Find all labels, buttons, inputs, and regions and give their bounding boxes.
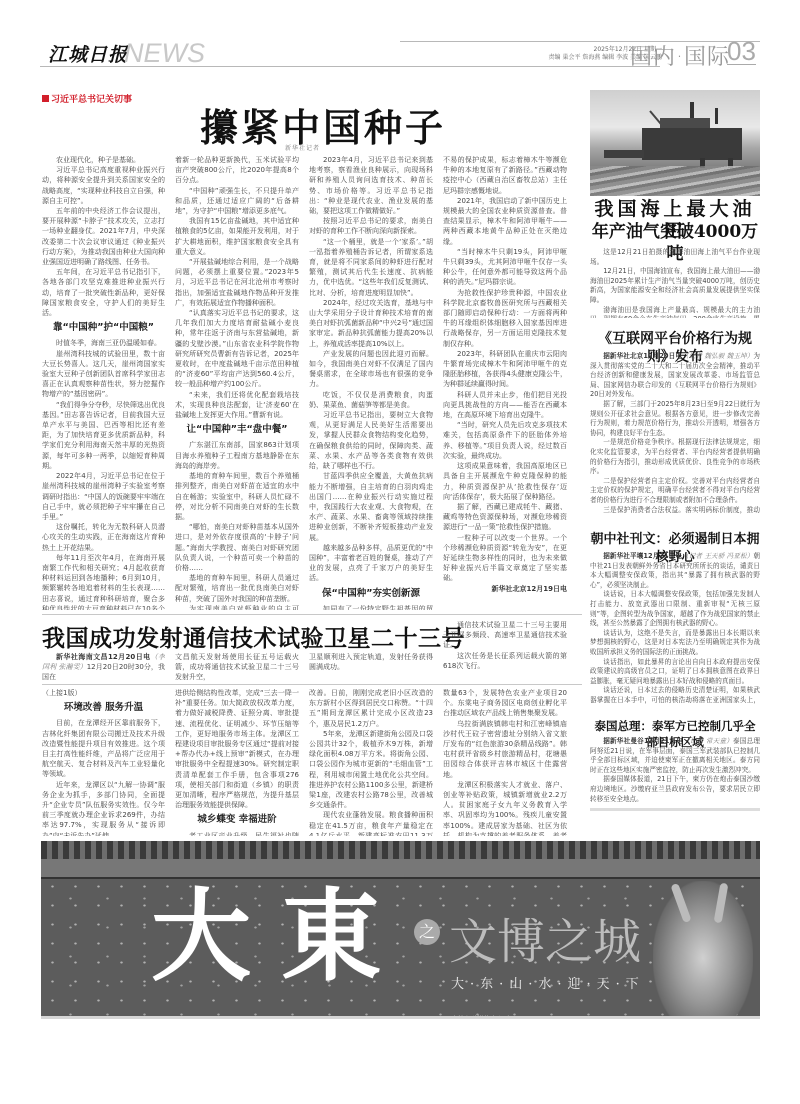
paragraph: 一粒种子可以改变一个世界。一个个珍稀濒危种质资源“转危为安”，在更好延续生物多样… <box>443 533 567 584</box>
thai-story-body: 据新华社曼谷12月21日电（记者 常天童）泰国总理阿努廷21日说，在军事层面，泰… <box>590 737 760 803</box>
paragraph: 这份嘱托，转化为无数科研人员潜心攻关的生动实践，正在海南这片育种热土上开花结果。 <box>42 522 165 553</box>
paragraph: 改善。日前，刚刚完成老旧小区改造的东方新村小区得到居民交口称赞。“十四五”期间龙… <box>309 688 433 729</box>
paragraph: 科研人员并未止步，他们把目光投向更具挑战性的方向——能否在西藏本地，在高原环境下… <box>443 390 567 421</box>
subheading: 靠“中国种”护“中国粮” <box>42 323 165 333</box>
paragraph: 如同有了一份特定野生祖基因的留存，人类才能成功创制出超级杂交稻，很多种质资源蕴藏… <box>309 604 433 610</box>
paragraph: 这项成果意味着，我国高原地区已具备自主开展濒危牛种克隆保种的能力，种质资源保护从… <box>443 461 567 502</box>
paragraph: 时值冬季，海南三亚仍温暖如春。 <box>42 338 165 348</box>
paragraph: 越来越多品种多样，品质更优的“中国种”，丰富着老百姓的餐桌，推动了产业的发展，点… <box>309 543 433 584</box>
paragraph: 三是保护消费者合法权益。落实明码标价制度，推动动态定价、差别定价等规则公开，规范… <box>590 506 760 515</box>
paragraph: 产业发展的问题也因此迎刃而解。如今，我国南美白对虾不仅满足了国内餐桌需求，在全球… <box>309 349 433 390</box>
paragraph: 崖州湾科技城的试验田里，数十亩大豆长势喜人。这几天，崖州湾国家实验室大豆种子创新… <box>42 349 165 400</box>
satellite-column-3: 卫星顺利进入预定轨道，发射任务获得圆满成功。 <box>309 652 433 682</box>
paragraph: 通信技术试验卫星二十三号主要用于开展多频段、高速率卫星通信技术验证。 <box>443 620 567 651</box>
calligraphy-da: 大 <box>151 881 251 991</box>
paragraph: 为实现南美白对虾种业的自主可控，我国科研人员加强科研攻关，一批自主选育品种陆续问… <box>175 604 299 610</box>
paragraph: 谈话还说，日本过去的侵略历史清楚证明，如果核武器掌握在日本手中，可怕的核浩劫将落… <box>590 686 760 704</box>
oil-story-body: 这是12月21日拍摄的渤海油田海上油气平台作业现场。 12月21日，中国海油宣布… <box>590 248 760 318</box>
paragraph: 着新一轮品种更新换代，玉米试验平均亩产突破800公斤，比2020年提高8个百分点… <box>175 155 299 186</box>
newspaper-logo-news: NEWS <box>124 38 205 69</box>
satellite-column-4: 通信技术试验卫星二十三号主要用于开展多频段、高速率卫星通信技术验证。 这次任务是… <box>443 620 567 680</box>
paragraph: “这一个桶里，就是一个‘家系’。”胡一泓指着养殖桶告诉记者，所谓家系选育，就是将… <box>309 237 433 298</box>
paragraph: 2023年，科研团队在重庆市云阳肉牛繁育场完成樟木牛和阿沛甲咂牛的克隆胚胎移植，… <box>443 349 567 390</box>
paragraph: 据了解，三部门于2025年8月23日至9月22日就行为规则公开征求社会意见。根据… <box>590 400 760 438</box>
local-column-4: 数量63个，发展特色农业产业项目20个。东棠电子商务园区电商创业孵化平台推动区域… <box>443 688 567 836</box>
paragraph: “我们得争分夺秒，尽快筛选出优良基因。”田志喜告诉记者，目前我国大豆单产水平与美… <box>42 400 165 471</box>
paragraph: “未来，我们还将优化配套栽培技术，实现良种良法配套，让‘济麦60’在盐碱地上发挥… <box>175 390 299 421</box>
paragraph: 老工业区产业升级，民生福祉也随之大幅 <box>175 831 299 836</box>
paragraph: 2023年4月，习近平总书记来到基地考察，察看渔业良种展示，向现场科研和养殖人员… <box>309 155 433 216</box>
paragraph: 现代农业蓬勃发展。粮食播种面积稳定在41.5万亩，粮食年产量稳定在4.1亿斤水平… <box>309 810 433 836</box>
paragraph: 我国有15亿亩盐碱地，其中适宜种植粮食的5亿亩，如果能开发利用，对于扩大耕地面积… <box>175 216 299 257</box>
dprk-reporters: （记者 王天骄 冯亚松） <box>682 552 753 560</box>
paragraph: 二是保护经营者自主定价权。完善对平台内经营者自主定价权的保护规定，明确平台经营者… <box>590 477 760 506</box>
thai-reporters: （记者 常天童） <box>683 737 733 745</box>
page-number: 03 <box>727 38 756 65</box>
paragraph: 广东湛江东南部，国家863计划项目海水养殖种子工程南方基地静卧在东海岛的海岸旁。 <box>175 440 299 471</box>
paragraph: 进供给侧结构性改革，完成“三去一降一补”重要任务。加大简政放权改革力度，着力做好… <box>175 688 299 810</box>
paragraph: 12月21日，中国海油宣布，我国海上最大油田——渤海油田2025年累计生产油气当… <box>590 267 760 305</box>
pricing-lead: 据新华社北京12月20日电 <box>603 352 682 360</box>
paragraph: 谈话认为，这绝不是失言，而是暴露出日本长期以来梦想拥核的野心，这是对日本宪法乃至… <box>590 629 760 658</box>
dprk-story-body: 据新华社平壤12月21日电（记者 王天骄 冯亚松）朝中社21日发表朝鲜外务省日本… <box>590 552 760 704</box>
paragraph: 甘蓝四季供应全覆盖，大黄鱼抗病能力不断增强，自主培育的白羽肉鸡走出国门……在种业… <box>309 471 433 542</box>
paragraph: “开展盐碱地综合利用，是一个战略问题，必须摆上重要位置。”2023年5月，习近平… <box>175 257 299 308</box>
paragraph: 为抢救性保护珍贵种源，中国农业科学院北京畜牧兽医研究所与西藏相关部门随即启动保种… <box>443 288 567 349</box>
zhi-badge: 之 <box>414 919 440 945</box>
paragraph: “中国种”顽强生长，不只提升单产和品质，还通过适应广阔的“后备耕地”，为守护“中… <box>175 186 299 217</box>
paragraph: 按照习近平总书记的要求，南美白对虾的育种工作不断向深向新探索。 <box>309 216 433 236</box>
oil-platform-photo <box>590 90 760 196</box>
local-column-2: 进供给侧结构性改革，完成“三去一降一补”重要任务。加大简政放权改革力度，着力做好… <box>175 688 299 836</box>
pricing-story-body: 据新华社北京12月20日电（记者 魏弘毅 魏玉坤）为深入贯彻落实党的二十大和二十… <box>590 352 760 514</box>
roof-eave <box>41 859 760 879</box>
paragraph: 这次任务是长征系列运载火箭的第618次飞行。 <box>443 651 567 671</box>
paragraph: 渤海油田是我国海上产量最高、规模最大的主力油田，现拥有60余个在生产油气田，20… <box>590 306 760 318</box>
paragraph: 文昌航天发射场使用长征五号运载火箭，成功将通信技术试验卫星二十三号发射升空， <box>175 652 299 682</box>
paragraph: 五年前的中央经济工作会议提出，要开展种源“卡脖子”技术攻关，立志打一场种业翻身仗… <box>42 206 165 267</box>
paragraph: 龙潭区积极落实人才就业、落户、创业等补贴政策，城镇新增就业2.2万人。贫困家庭子… <box>443 780 567 836</box>
main-story-column-1: 农业现代化，种子是基础。 习近平总书记高度重视种业振兴行动，将种源安全提升到关系… <box>42 155 165 610</box>
paragraph: 卫星顺利进入预定轨道，发射任务获得圆满成功。 <box>309 652 433 672</box>
paragraph: 基地的育种车间里，数百个养殖桶排列整齐，南美白对虾苗在适宜的水中自在畅游；实验室… <box>175 471 299 522</box>
main-headline: 攥紧中国种子 <box>200 97 446 152</box>
paragraph: “当时，研究人员先后攻克多项技术难关，包括高原条件下的胚胎体外培养、移植等。”项… <box>443 420 567 461</box>
paragraph: 一是规范价格竞争秩序。根据现行法律法规规定，细化实化监管要求，为平台经营者、平台… <box>590 438 760 476</box>
main-story-column-3: 2023年4月，习近平总书记来到基地考察，察看渔业良种展示，向现场科研和养殖人员… <box>309 155 433 610</box>
section-kicker: 习近平总书记关切事 <box>42 92 132 105</box>
paragraph: 谈话指出，如此暴昇的言论出自向日本政府提出安保政策建议的高级官员之口，证明了日本… <box>590 658 760 687</box>
paragraph: 数量63个，发展特色农业产业项目20个。东棠电子商务园区电商创业孵化平台推动区域… <box>443 688 567 719</box>
main-story-column-4: 不易的保护成果，标志着樟木牛等濒危牛种的本地复原有了新路径。”西藏动物疫控中心（… <box>443 155 567 610</box>
paragraph: 2024年，经过攻关选育，基地与中山大学采用分子设计育种技术培育的南美白对虾抗弧… <box>309 298 433 349</box>
sidebar-divider <box>590 808 760 811</box>
satellite-headline: 我国成功发射通信技术试验卫星二十三号 <box>42 620 465 653</box>
newspaper-logo: 江城日报 <box>48 40 128 67</box>
section-divider <box>42 614 582 615</box>
paragraph: 目前，在龙潭经开区靠前服务下，吉林化纤集团有限公司搬迁及技术升级改造暨性能提升项… <box>42 718 165 779</box>
subheading: 让“中国种”丰“盘中餐” <box>175 425 299 435</box>
main-story-column-2: 着新一轮品种更新换代，玉米试验平均亩产突破800公斤，比2020年提高8个百分点… <box>175 155 299 610</box>
satellite-lead: 新华社海南文昌12月20日电 <box>56 653 151 661</box>
paragraph: 每年11月至次年4月，在海南开展南繁工作代和相关研究；4月起收获育种材料运回到各… <box>42 553 165 610</box>
dprk-lead: 据新华社平壤12月21日电 <box>603 552 682 560</box>
paragraph: 乌拉街满族镇韩屯村和江密峰镇庙沙村代王砬子密营遗址分别纳入省文旅厅发布的“红色旅… <box>443 719 567 780</box>
dateline: 新华社北京12月19日电 <box>443 584 567 594</box>
paragraph: 五年间，在习近平总书记指引下，各地各部门攻坚克难推进种业振兴行动，培育了一批突破… <box>42 267 165 318</box>
paragraph: 2022年4月，习近平总书记在位于崖州湾科技城的崖州湾种子实验室考察调研时指出：… <box>42 471 165 522</box>
banner-title: 文博之城 <box>449 903 641 972</box>
paragraph: “哪怕，南美白对虾种苗基本从国外进口，是对外依存度很高的‘卡脖子’问题。”海南大… <box>175 522 299 573</box>
local-column-1: （上接1版） 环境改善 服务升温 目前，在龙潭经开区靠前服务下，吉林化纤集团有限… <box>42 688 165 836</box>
paragraph: 据了解，西藏已建成牦牛、藏猪、藏鸡等特色资源保种场，对濒危珍稀资源进行“一品一策… <box>443 502 567 533</box>
paragraph: 不易的保护成果，标志着樟木牛等濒危牛种的本地复原有了新路径。”西藏动物疫控中心（… <box>443 155 567 196</box>
caption: 这是12月21日拍摄的渤海油田海上油气平台作业现场。 <box>590 248 760 267</box>
masthead-bottom-rule <box>40 66 660 67</box>
calligraphy-dong: 東 <box>281 881 381 991</box>
section-divider <box>42 684 582 685</box>
satellite-column-2: 文昌航天发射场使用长征五号运载火箭，成功将通信技术试验卫星二十三号发射升空， <box>175 652 299 682</box>
paragraph: 习近平总书记高度重视种业振兴行动，将种源安全提升到关系国家安全的战略高度，“实现… <box>42 165 165 206</box>
tourism-banner-ad: 大 東 之 文博之城 大·东·山·水·迎·天·下 吉林市融媒体中心 宣 <box>41 841 760 1016</box>
local-column-3: 改善。日前，刚刚完成老旧小区改造的东方新村小区得到居民交口称赞。“十四五”期间龙… <box>309 688 433 836</box>
paragraph: 农业现代化，种子是基础。 <box>42 155 165 165</box>
subheading: 保“中国种”夯实创新源 <box>309 589 433 599</box>
paragraph: 吃饭，不仅仅是消费粮食，肉蛋奶、果菜鱼、菌菇笋等都是美食。 <box>309 390 433 410</box>
stone-dragon-statue-icon <box>653 881 753 1016</box>
paragraph: 据泰国媒体报道，21日下午，柬方仍在炮击泰国沙缴府边境地区。沙缴府亚兰县政府发布… <box>590 775 760 803</box>
pricing-reporters: （记者 魏弘毅 魏玉坤） <box>682 352 753 360</box>
thai-lead: 据新华社曼谷12月21日电 <box>603 737 683 745</box>
paragraph: 2021年，我国启动了新中国历史上规模最大的全国农业种质资源普查。普查结果显示，… <box>443 196 567 247</box>
main-byline: 新华社记者 <box>285 143 320 152</box>
paragraph: 近年来，龙潭区以“九解一协调”服务企业为抓手，多部门协同，全面提升“企业专员”队… <box>42 780 165 836</box>
banner-bottom-rule <box>41 1016 760 1019</box>
subheading: 环境改善 服务升温 <box>42 703 165 713</box>
continued-note: （上接1版） <box>42 688 165 698</box>
section-title: 国内·国际 <box>630 40 730 71</box>
satellite-column-1: 新华社海南文昌12月20日电（李国利 张瀚雯）12月20日20时30分，我国在 <box>42 652 165 682</box>
paragraph: 基地的育种车间里，科研人员通过配对繁殖，培育出一批优良南美白对虾种苗，突破了国外… <box>175 573 299 604</box>
subheading: 城乡蝶变 幸福进阶 <box>175 815 299 825</box>
paragraph: “认真落实习近平总书记的要求，这几年我们加大力度培育耐盐碱小麦良种，常年往返于济… <box>175 308 299 390</box>
paragraph: 习近平总书记指出，要树立大食物观，从更好满足人民美好生活需要出发，掌握人民群众食… <box>309 410 433 471</box>
paragraph: 5年来，龙潭区新建街角公园及口袋公园共计32个，栽植乔木9万株，新增绿化面积4.… <box>309 729 433 811</box>
paragraph: “当时樟木牛只剩19头，阿沛甲咂牛只剩39头，尤其阿沛甲咂牛仅存一头种公牛，任何… <box>443 247 567 288</box>
banner-subtitle: 大·东·山·水·迎·天·下 <box>451 973 645 992</box>
paragraph: 谈话说，日本大幅调整安保政策，包括加强先发制人打击能力、放宽武器出口限制、重新审… <box>590 590 760 628</box>
